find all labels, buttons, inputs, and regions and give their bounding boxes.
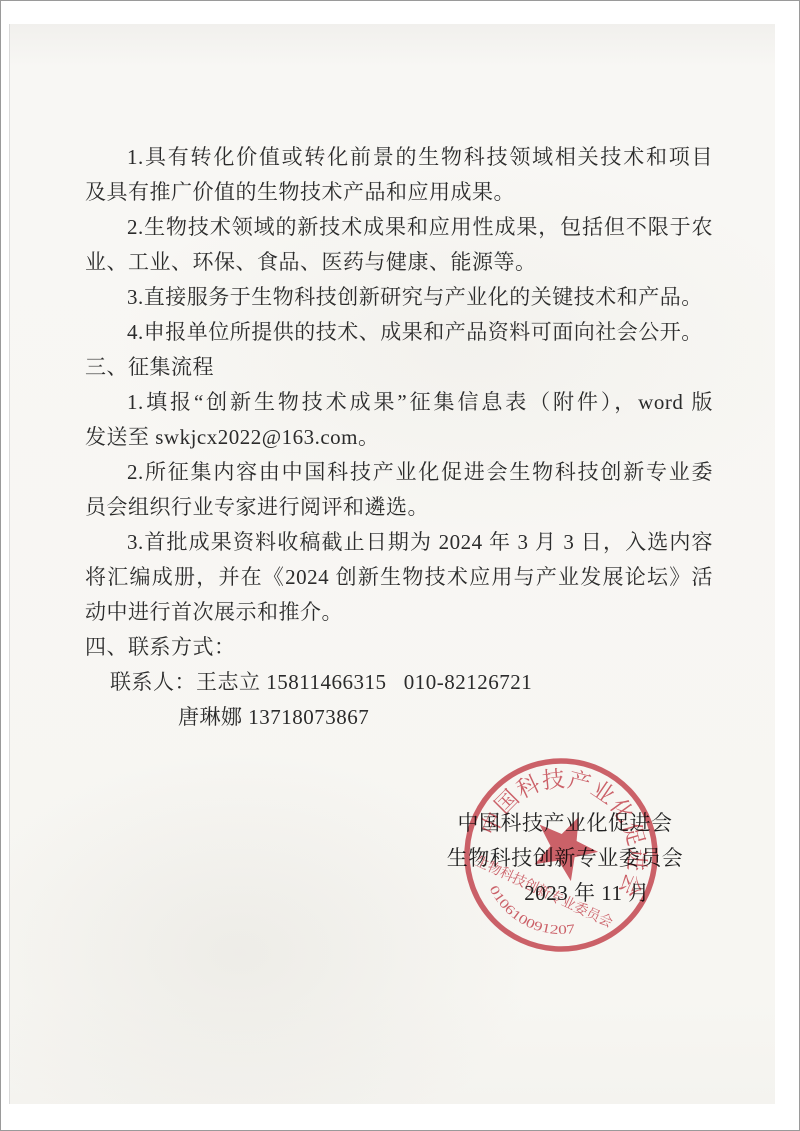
text-line: 3.首批成果资料收稿截止日期为 2024 年 3 月 3 日，入选内容 [85, 525, 713, 560]
text-line: 2.所征集内容由中国科技产业化促进会生物科技创新专业委 [85, 455, 713, 490]
text-line: 三、征集流程 [85, 350, 713, 385]
text-line: 2.生物技术领域的新技术成果和应用性成果，包括但不限于农 [85, 210, 713, 245]
seal-group: 中国科技产业化促进会 生物科技创新专业委员会 010610091207 [461, 755, 661, 960]
text-line: 1.具有转化价值或转化前景的生物科技领域相关技术和项目 [85, 140, 713, 175]
text-line: 唐琳娜 13718073867 [85, 700, 713, 735]
text-line: 员会组织行业专家进行阅评和遴选。 [85, 490, 713, 525]
document-body: 1.具有转化价值或转化前景的生物科技领域相关技术和项目及具有推广价值的生物技术产… [85, 140, 713, 735]
text-line: 及具有推广价值的生物技术产品和应用成果。 [85, 175, 713, 210]
official-seal: 中国科技产业化促进会 生物科技创新专业委员会 010610091207 [461, 755, 661, 960]
seal-star-icon [523, 803, 608, 886]
text-line: 发送至 swkjcx2022@163.com。 [85, 420, 713, 455]
text-line: 3.直接服务于生物科技创新研究与产业化的关键技术和产品。 [85, 280, 713, 315]
text-line: 动中进行首次展示和推介。 [85, 595, 713, 630]
text-line: 联系人：王志立 15811466315 010-82126721 [85, 665, 713, 700]
text-line: 4.申报单位所提供的技术、成果和产品资料可面向社会公开。 [85, 315, 713, 350]
text-line: 将汇编成册，并在《2024 创新生物技术应用与产业发展论坛》活 [85, 560, 713, 595]
text-line: 四、联系方式： [85, 630, 713, 665]
text-line: 1.填报“创新生物技术成果”征集信息表（附件），word 版 [85, 385, 713, 420]
text-line: 业、工业、环保、食品、医药与健康、能源等。 [85, 245, 713, 280]
document-page: 1.具有转化价值或转化前景的生物科技领域相关技术和项目及具有推广价值的生物技术产… [10, 24, 775, 1104]
